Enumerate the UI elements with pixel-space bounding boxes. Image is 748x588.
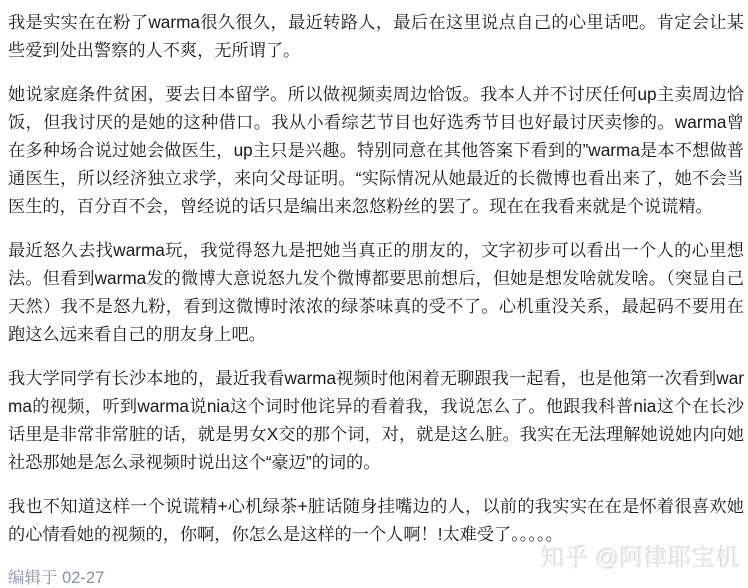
zhihu-watermark: 知乎 @阿律耶宝机: [541, 544, 740, 574]
edit-time-link[interactable]: 编辑于 02-27: [8, 566, 104, 588]
paragraph-3: 最近怒久去找warma玩，我觉得怒九是把她当真正的朋友的，文字初步可以看出一个人…: [8, 236, 744, 348]
paragraph-2: 她说家庭条件贫困，要去日本留学。所以做视频卖周边恰饭。我本人并不讨厌任何up主卖…: [8, 80, 744, 220]
paragraph-1: 我是实实在在粉了warma很久很久，最近转路人，最后在这里说点自己的心里话吧。肯…: [8, 8, 744, 64]
answer-page: 我是实实在在粉了warma很久很久，最近转路人，最后在这里说点自己的心里话吧。肯…: [0, 0, 748, 588]
answer-text-body: 我是实实在在粉了warma很久很久，最近转路人，最后在这里说点自己的心里话吧。肯…: [0, 0, 748, 548]
paragraph-4: 我大学同学有长沙本地的，最近我看warma视频时他闲着无聊跟我一起看，也是他第一…: [8, 364, 744, 476]
paragraph-5: 我也不知道这样一个说谎精+心机绿茶+脏话随身挂嘴边的人，以前的我实实在在是怀着很…: [8, 492, 744, 548]
